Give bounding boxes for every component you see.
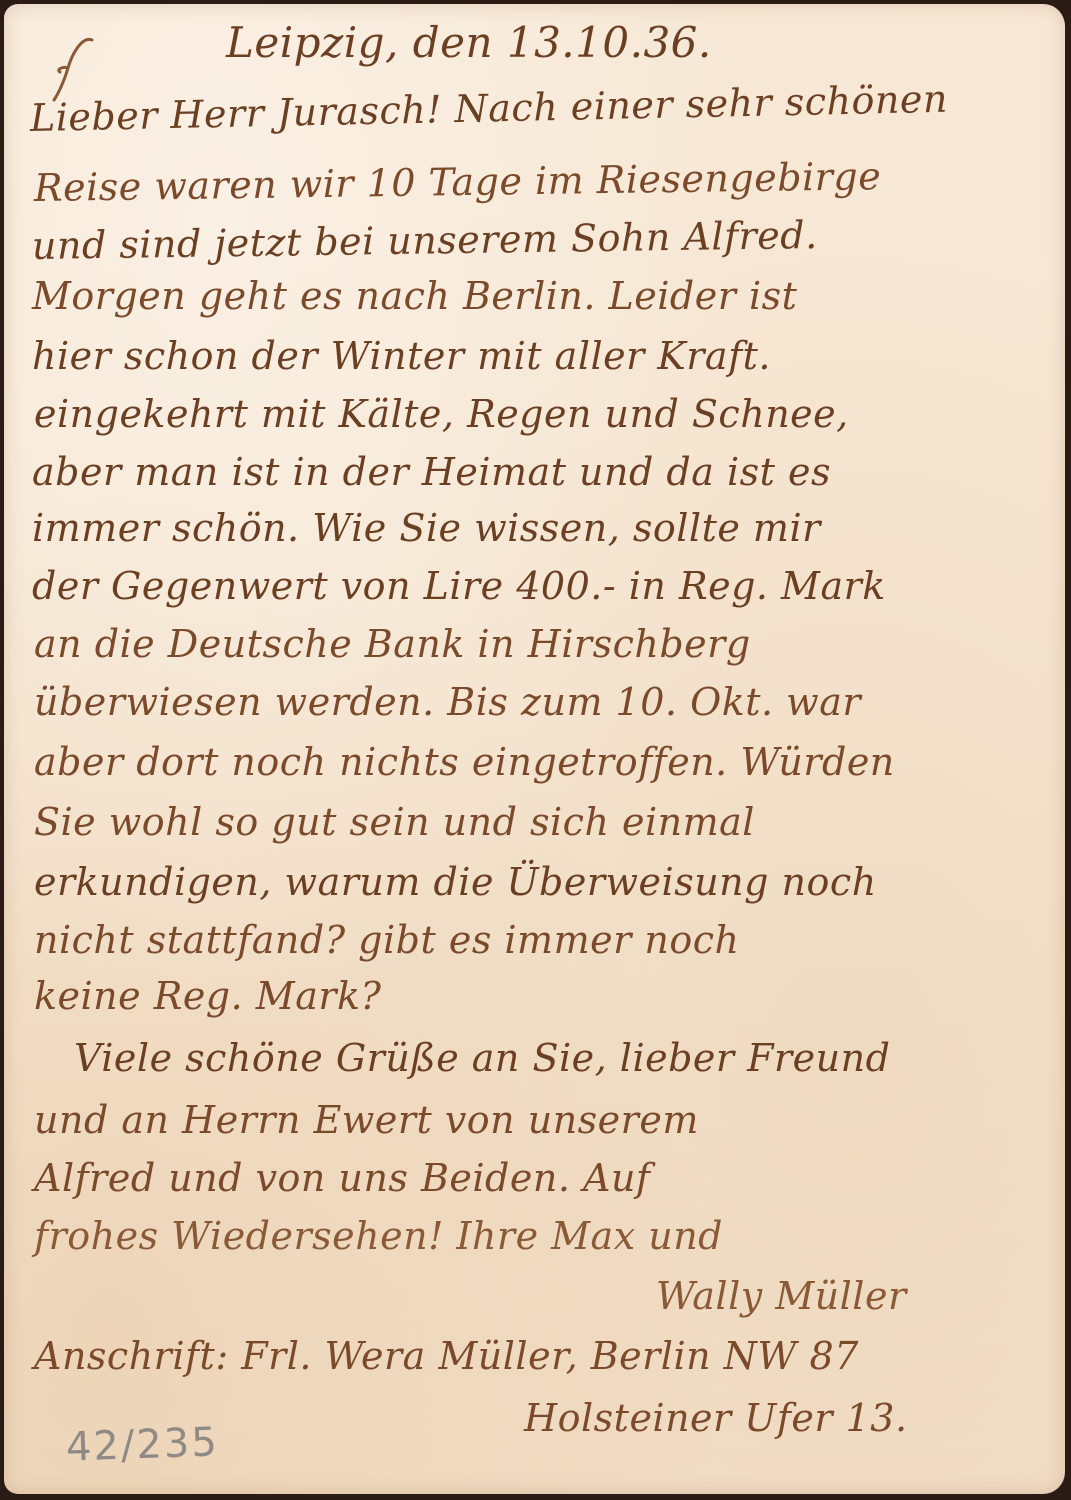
body-line: Sie wohl so gut sein und sich einmal <box>34 800 755 844</box>
closing-line: Viele schöne Grüße an Sie, lieber Freund <box>74 1036 890 1080</box>
body-line: aber man ist in der Heimat und da ist es <box>32 450 831 494</box>
closing-line: und an Herrn Ewert von unserem <box>34 1098 699 1142</box>
address-line: Holsteiner Ufer 13. <box>524 1396 908 1440</box>
closing-line: Alfred und von uns Beiden. Auf <box>34 1156 651 1200</box>
body-line: überwiesen werden. Bis zum 10. Okt. war <box>34 680 861 724</box>
initial-flourish-mark <box>44 34 104 104</box>
body-line: Reise waren wir 10 Tage im Riesengebirge <box>34 154 882 210</box>
signature: Wally Müller <box>656 1274 907 1318</box>
postcard: Leipzig, den 13.10.36. Lieber Herr Juras… <box>4 4 1065 1494</box>
body-line: nicht stattfand? gibt es immer noch <box>34 918 739 962</box>
salutation-line: Lieber Herr Jurasch! Nach einer sehr sch… <box>30 77 949 140</box>
body-line: und sind jetzt bei unserem Sohn Alfred. <box>32 213 818 268</box>
body-line: aber dort noch nichts eingetroffen. Würd… <box>34 740 895 784</box>
body-line: eingekehrt mit Kälte, Regen und Schnee, <box>34 392 849 436</box>
body-line: immer schön. Wie Sie wissen, sollte mir <box>32 506 821 550</box>
body-line: an die Deutsche Bank in Hirschberg <box>34 622 751 666</box>
body-line: der Gegenwert von Lire 400.- in Reg. Mar… <box>32 564 886 608</box>
closing-line: frohes Wiedersehen! Ihre Max und <box>34 1214 723 1258</box>
archive-mark: 42/235 <box>65 1419 219 1470</box>
body-line: erkundigen, warum die Überweisung noch <box>34 860 877 904</box>
place-date: Leipzig, den 13.10.36. <box>226 18 712 67</box>
body-line: Morgen geht es nach Berlin. Leider ist <box>32 274 797 318</box>
address-line: Anschrift: Frl. Wera Müller, Berlin NW 8… <box>34 1334 859 1378</box>
body-line: hier schon der Winter mit aller Kraft. <box>32 334 771 378</box>
body-line: keine Reg. Mark? <box>34 974 381 1018</box>
